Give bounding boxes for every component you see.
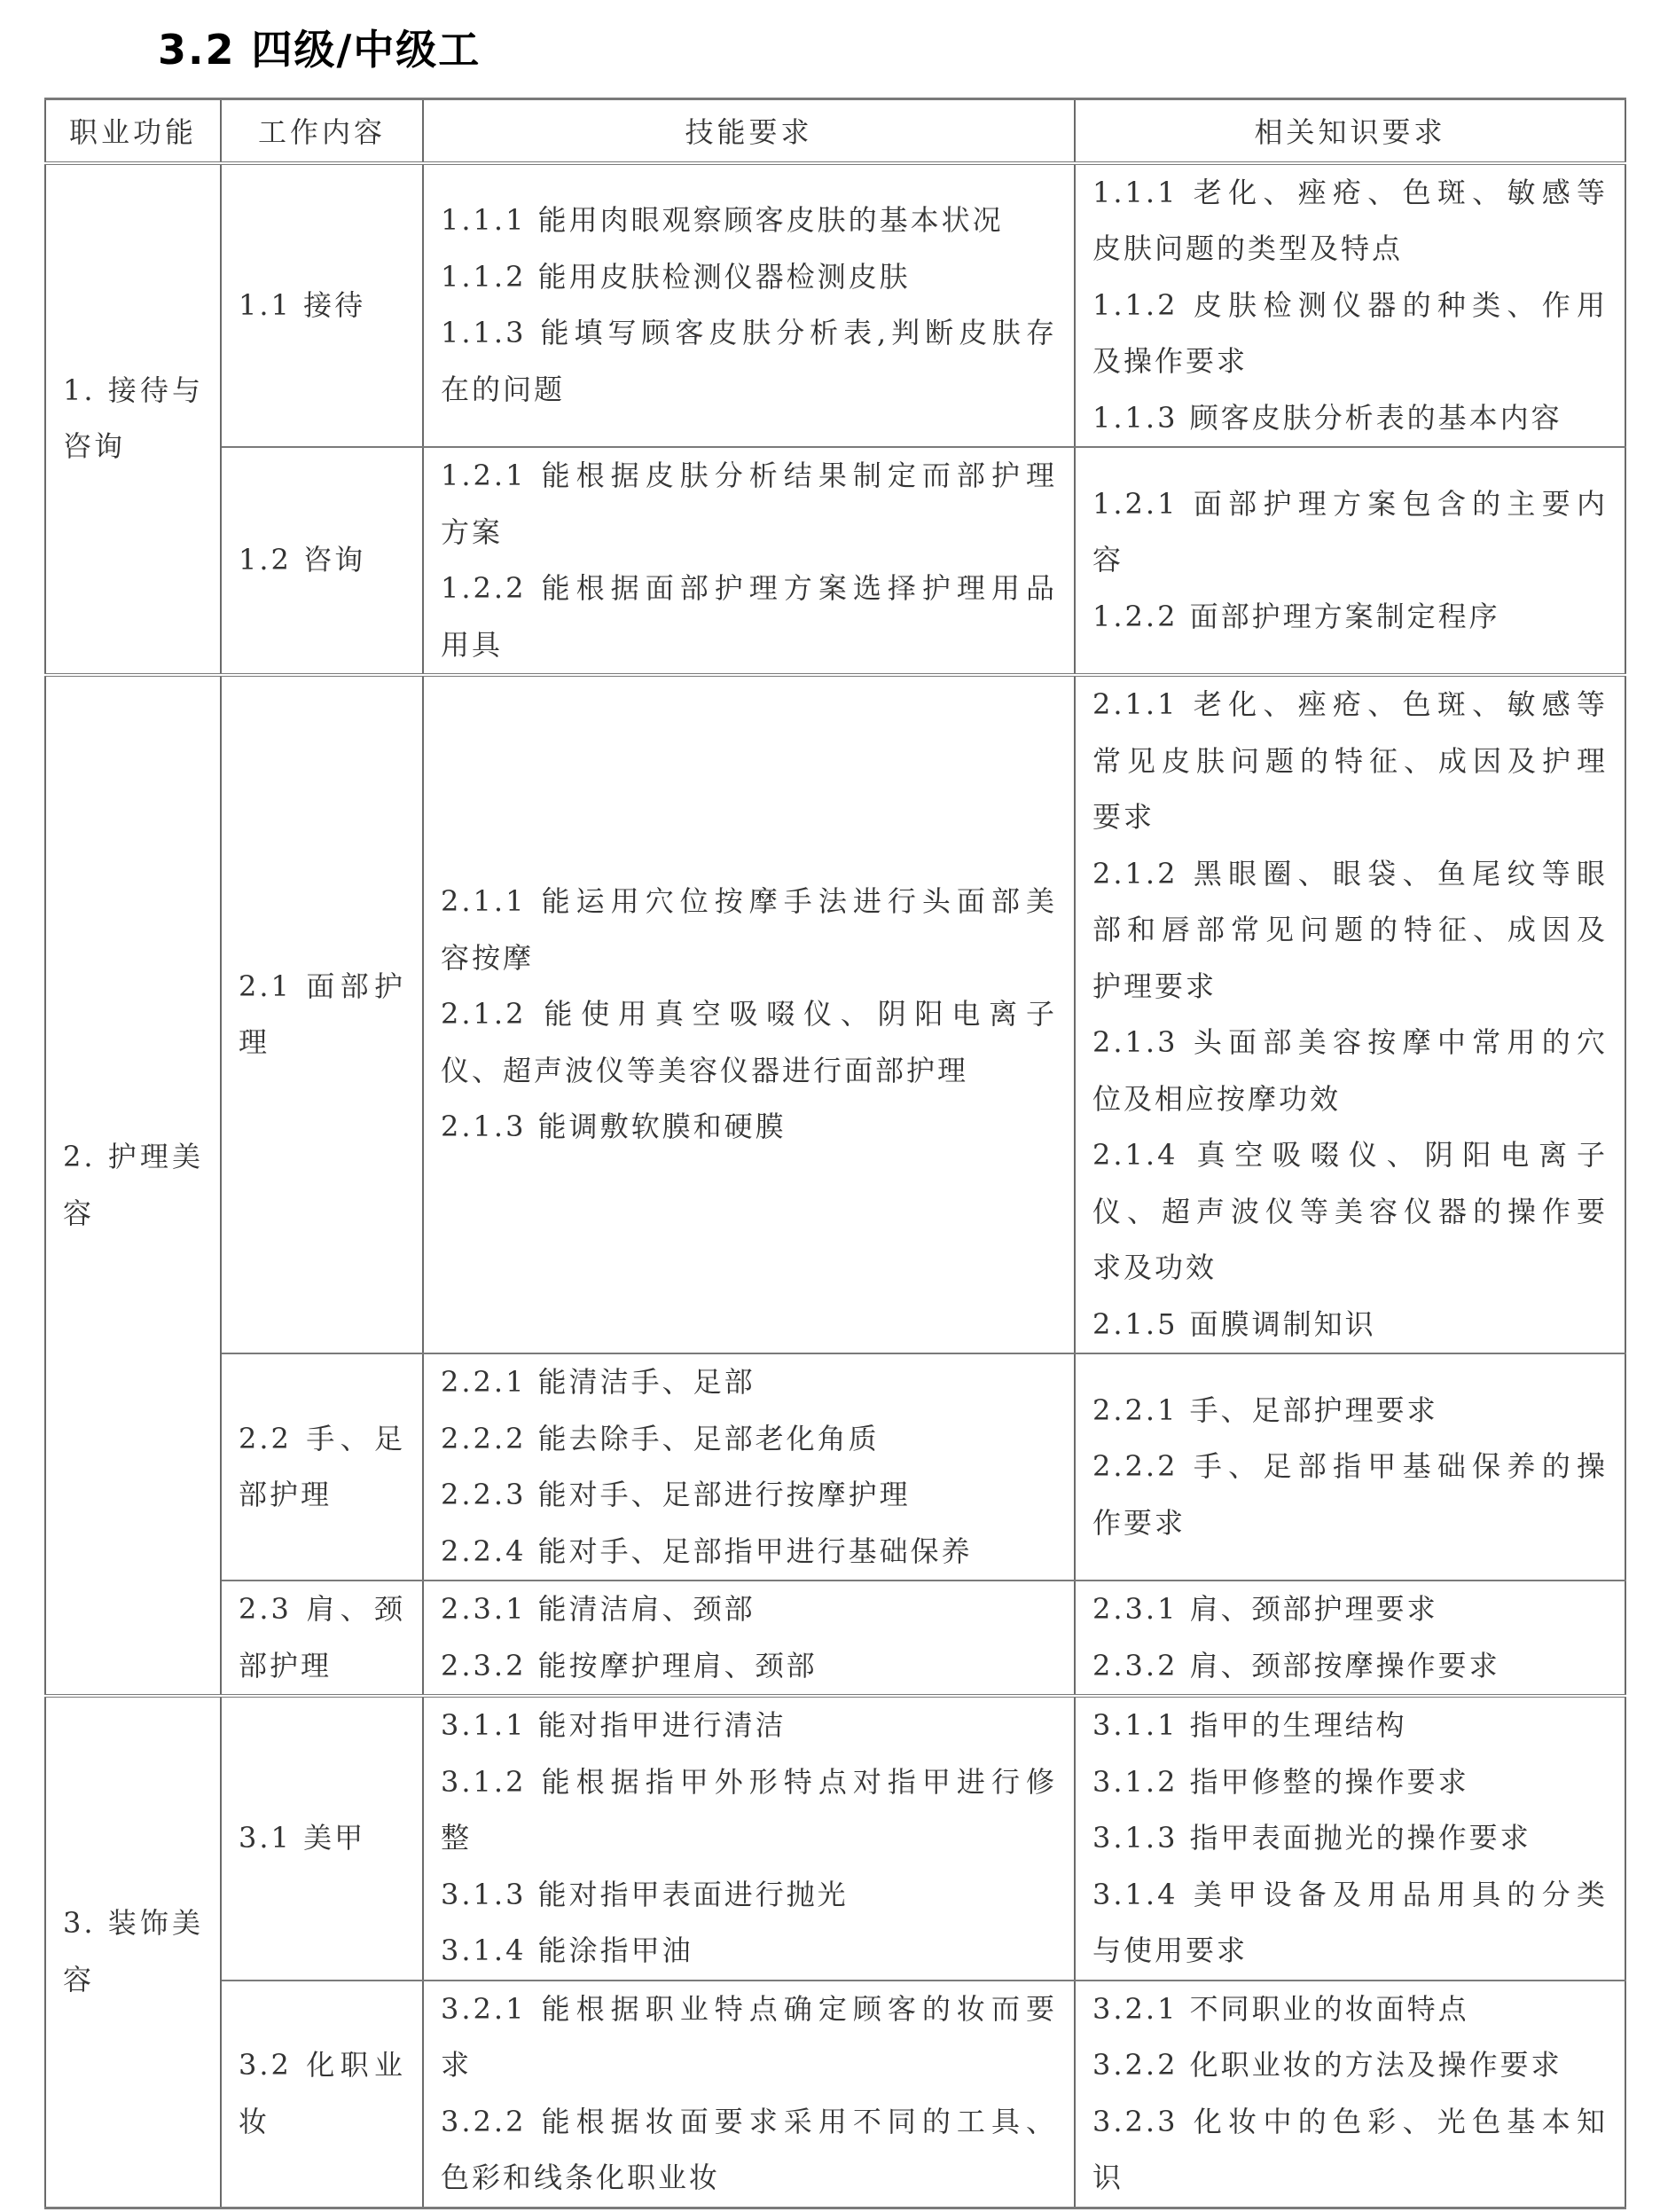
skill-line: 3.1.2 能根据指甲外形特点对指甲进行修 xyxy=(441,1754,1057,1811)
skill-line: 2.3.1 能清洁肩、颈部 xyxy=(441,1581,1057,1638)
knowledge-line: 2.1.3 头面部美容按摩中常用的穴 xyxy=(1092,1015,1608,1071)
function-cell: 1. 接待与 咨询 xyxy=(45,163,221,676)
knowledge-line: 1.1.1 老化、痤疮、色斑、敏感等 xyxy=(1092,165,1608,222)
table-row: 2. 护理美 容 2.1 面部护 理 2.1.1 能运用穴位按摩手法进行头面部美… xyxy=(45,675,1625,1353)
knowledge-cell: 1.1.1 老化、痤疮、色斑、敏感等 皮肤问题的类型及特点 1.1.2 皮肤检测… xyxy=(1075,163,1625,448)
skill-line: 2.3.2 能按摩护理肩、颈部 xyxy=(441,1638,1057,1695)
knowledge-line: 作要求 xyxy=(1092,1495,1608,1552)
skills-cell: 1.1.1 能用肉眼观察顾客皮肤的基本状况 1.1.2 能用皮肤检测仪器检测皮肤… xyxy=(423,163,1075,448)
knowledge-cell: 3.1.1 指甲的生理结构 3.1.2 指甲修整的操作要求 3.1.3 指甲表面… xyxy=(1075,1696,1625,1981)
skill-item: 3.1.2 能根据指甲外形特点对指甲进行修 整 xyxy=(441,1754,1057,1867)
work-content-cell: 1.1 接待 xyxy=(221,163,423,448)
work-content-line: 理 xyxy=(239,1015,405,1071)
work-content-line: 部护理 xyxy=(239,1467,405,1524)
skill-item: 1.1.3 能填写顾客皮肤分析表,判断皮肤存 在的问题 xyxy=(441,305,1057,418)
skill-line: 1.2.2 能根据面部护理方案选择护理用品 xyxy=(441,561,1057,617)
knowledge-line: 容 xyxy=(1092,532,1608,589)
knowledge-cell: 2.1.1 老化、痤疮、色斑、敏感等 常见皮肤问题的特征、成因及护理 要求 2.… xyxy=(1075,675,1625,1353)
table-row: 2.3 肩、颈 部护理 2.3.1 能清洁肩、颈部 2.3.2 能按摩护理肩、颈… xyxy=(45,1581,1625,1696)
skill-line: 1.1.3 能填写顾客皮肤分析表,判断皮肤存 xyxy=(441,305,1057,362)
skill-line: 3.2.2 能根据妆面要求采用不同的工具、 xyxy=(441,2094,1057,2151)
knowledge-line: 2.1.5 面膜调制知识 xyxy=(1092,1297,1608,1353)
skill-item: 1.2.1 能根据皮肤分析结果制定而部护理 方案 xyxy=(441,448,1057,561)
skill-item: 1.2.2 能根据面部护理方案选择护理用品 用具 xyxy=(441,561,1057,673)
knowledge-line: 识 xyxy=(1092,2150,1608,2207)
knowledge-line: 皮肤问题的类型及特点 xyxy=(1092,221,1608,278)
function-label-line: 1. 接待与 xyxy=(63,363,203,420)
skill-item: 3.2.2 能根据妆面要求采用不同的工具、 色彩和线条化职业妆 xyxy=(441,2094,1057,2207)
knowledge-item: 2.1.2 黑眼圈、眼袋、鱼尾纹等眼 部和唇部常见问题的特征、成因及 护理要求 xyxy=(1092,846,1608,1016)
knowledge-line: 1.1.2 皮肤检测仪器的种类、作用 xyxy=(1092,278,1608,334)
knowledge-cell: 2.2.1 手、足部护理要求 2.2.2 手、足部指甲基础保养的操 作要求 xyxy=(1075,1353,1625,1581)
skill-line: 1.2.1 能根据皮肤分析结果制定而部护理 xyxy=(441,448,1057,505)
knowledge-item: 2.3.2 肩、颈部按摩操作要求 xyxy=(1092,1638,1608,1695)
knowledge-item: 2.1.5 面膜调制知识 xyxy=(1092,1297,1608,1353)
table-row: 1. 接待与 咨询 1.1 接待 1.1.1 能用肉眼观察顾客皮肤的基本状况 1… xyxy=(45,163,1625,448)
knowledge-item: 3.2.1 不同职业的妆面特点 xyxy=(1092,1981,1608,2038)
skill-line: 方案 xyxy=(441,505,1057,561)
skills-cell: 2.1.1 能运用穴位按摩手法进行头面部美 容按摩 2.1.2 能使用真空吸啜仪… xyxy=(423,675,1075,1353)
function-cell: 2. 护理美 容 xyxy=(45,675,221,1696)
skill-line: 仪、超声波仪等美容仪器进行面部护理 xyxy=(441,1043,1057,1100)
skills-cell: 2.2.1 能清洁手、足部 2.2.2 能去除手、足部老化角质 2.2.3 能对… xyxy=(423,1353,1075,1581)
knowledge-line: 部和唇部常见问题的特征、成因及 xyxy=(1092,902,1608,959)
function-label-line: 3. 装饰美 xyxy=(63,1895,203,1952)
knowledge-item: 1.1.1 老化、痤疮、色斑、敏感等 皮肤问题的类型及特点 xyxy=(1092,165,1608,278)
skills-cell: 1.2.1 能根据皮肤分析结果制定而部护理 方案 1.2.2 能根据面部护理方案… xyxy=(423,447,1075,675)
skill-line: 1.1.1 能用肉眼观察顾客皮肤的基本状况 xyxy=(441,192,1057,249)
skill-requirements-table: 职业功能 工作内容 技能要求 相关知识要求 1. 接待与 咨询 1.1 接待 1… xyxy=(44,98,1626,2209)
knowledge-cell: 1.2.1 面部护理方案包含的主要内 容 1.2.2 面部护理方案制定程序 xyxy=(1075,447,1625,675)
skill-line: 1.1.2 能用皮肤检测仪器检测皮肤 xyxy=(441,249,1057,306)
skill-line: 2.1.2 能使用真空吸啜仪、阴阳电离子 xyxy=(441,986,1057,1043)
function-label-line: 容 xyxy=(63,1186,203,1243)
knowledge-item: 2.1.4 真空吸啜仪、阴阳电离子 仪、超声波仪等美容仪器的操作要 求及功效 xyxy=(1092,1127,1608,1297)
skill-line: 整 xyxy=(441,1810,1057,1867)
knowledge-line: 2.2.2 手、足部指甲基础保养的操 xyxy=(1092,1439,1608,1495)
knowledge-line: 2.2.1 手、足部护理要求 xyxy=(1092,1383,1608,1439)
skill-line: 色彩和线条化职业妆 xyxy=(441,2150,1057,2207)
skill-item: 1.1.2 能用皮肤检测仪器检测皮肤 xyxy=(441,249,1057,306)
work-content-cell: 2.1 面部护 理 xyxy=(221,675,423,1353)
work-content-line: 2.1 面部护 xyxy=(239,959,405,1016)
knowledge-line: 1.2.1 面部护理方案包含的主要内 xyxy=(1092,476,1608,533)
skill-line: 3.1.1 能对指甲进行清洁 xyxy=(441,1698,1057,1754)
skill-line: 用具 xyxy=(441,617,1057,674)
knowledge-item: 3.1.3 指甲表面抛光的操作要求 xyxy=(1092,1810,1608,1867)
work-content-line: 1.1 接待 xyxy=(239,278,405,334)
knowledge-line: 仪、超声波仪等美容仪器的操作要 xyxy=(1092,1184,1608,1241)
work-content-cell: 2.3 肩、颈 部护理 xyxy=(221,1581,423,1696)
work-content-line: 部护理 xyxy=(239,1638,405,1695)
skill-line: 2.1.1 能运用穴位按摩手法进行头面部美 xyxy=(441,874,1057,930)
knowledge-line: 要求 xyxy=(1092,789,1608,846)
skills-cell: 3.2.1 能根据职业特点确定顾客的妆而要 求 3.2.2 能根据妆面要求采用不… xyxy=(423,1981,1075,2208)
table-row: 3.2 化职业 妆 3.2.1 能根据职业特点确定顾客的妆而要 求 3.2.2 … xyxy=(45,1981,1625,2208)
function-label-line: 2. 护理美 xyxy=(63,1129,203,1186)
knowledge-line: 位及相应按摩功效 xyxy=(1092,1071,1608,1128)
skill-item: 3.1.4 能涂指甲油 xyxy=(441,1923,1057,1980)
skill-item: 2.3.2 能按摩护理肩、颈部 xyxy=(441,1638,1057,1695)
skill-item: 3.1.3 能对指甲表面进行抛光 xyxy=(441,1867,1057,1924)
knowledge-item: 1.1.3 顾客皮肤分析表的基本内容 xyxy=(1092,390,1608,447)
knowledge-item: 3.1.4 美甲设备及用品用具的分类 与使用要求 xyxy=(1092,1867,1608,1980)
skill-item: 2.1.3 能调敷软膜和硬膜 xyxy=(441,1099,1057,1156)
knowledge-item: 2.3.1 肩、颈部护理要求 xyxy=(1092,1581,1608,1638)
skill-line: 2.2.3 能对手、足部进行按摩护理 xyxy=(441,1467,1057,1524)
skill-item: 1.1.1 能用肉眼观察顾客皮肤的基本状况 xyxy=(441,192,1057,249)
table-row: 3. 装饰美 容 3.1 美甲 3.1.1 能对指甲进行清洁 3.1.2 能根据… xyxy=(45,1696,1625,1981)
skill-line: 2.2.2 能去除手、足部老化角质 xyxy=(441,1411,1057,1468)
knowledge-line: 3.1.4 美甲设备及用品用具的分类 xyxy=(1092,1867,1608,1924)
header-related-knowledge: 相关知识要求 xyxy=(1075,99,1625,163)
skill-item: 2.2.4 能对手、足部指甲进行基础保养 xyxy=(441,1524,1057,1581)
knowledge-item: 2.1.3 头面部美容按摩中常用的穴 位及相应按摩功效 xyxy=(1092,1015,1608,1127)
skill-item: 2.1.2 能使用真空吸啜仪、阴阳电离子 仪、超声波仪等美容仪器进行面部护理 xyxy=(441,986,1057,1099)
work-content-cell: 2.2 手、足 部护理 xyxy=(221,1353,423,1581)
skill-line: 2.2.1 能清洁手、足部 xyxy=(441,1354,1057,1411)
work-content-line: 3.2 化职业 xyxy=(239,2037,405,2094)
skill-item: 2.3.1 能清洁肩、颈部 xyxy=(441,1581,1057,1638)
knowledge-cell: 3.2.1 不同职业的妆面特点 3.2.2 化职业妆的方法及操作要求 3.2.3… xyxy=(1075,1981,1625,2208)
work-content-line: 3.1 美甲 xyxy=(239,1810,405,1867)
header-occupational-function: 职业功能 xyxy=(45,99,221,163)
skill-line: 容按摩 xyxy=(441,930,1057,987)
knowledge-item: 3.2.3 化妆中的色彩、光色基本知 识 xyxy=(1092,2094,1608,2207)
knowledge-line: 2.1.2 黑眼圈、眼袋、鱼尾纹等眼 xyxy=(1092,846,1608,903)
table-row: 1.2 咨询 1.2.1 能根据皮肤分析结果制定而部护理 方案 1.2.2 能根… xyxy=(45,447,1625,675)
page-title: 3.2 四级/中级工 xyxy=(158,27,481,73)
skill-line: 2.1.3 能调敷软膜和硬膜 xyxy=(441,1099,1057,1156)
knowledge-line: 与使用要求 xyxy=(1092,1923,1608,1980)
knowledge-line: 3.1.2 指甲修整的操作要求 xyxy=(1092,1754,1608,1811)
work-content-line: 2.2 手、足 xyxy=(239,1411,405,1468)
knowledge-item: 3.2.2 化职业妆的方法及操作要求 xyxy=(1092,2037,1608,2094)
knowledge-item: 1.2.1 面部护理方案包含的主要内 容 xyxy=(1092,476,1608,589)
knowledge-line: 及操作要求 xyxy=(1092,333,1608,390)
knowledge-line: 2.3.2 肩、颈部按摩操作要求 xyxy=(1092,1638,1608,1695)
skill-line: 在的问题 xyxy=(441,362,1057,419)
knowledge-line: 1.1.3 顾客皮肤分析表的基本内容 xyxy=(1092,390,1608,447)
skill-item: 2.1.1 能运用穴位按摩手法进行头面部美 容按摩 xyxy=(441,874,1057,986)
knowledge-line: 3.2.1 不同职业的妆面特点 xyxy=(1092,1981,1608,2038)
table-row: 2.2 手、足 部护理 2.2.1 能清洁手、足部 2.2.2 能去除手、足部老… xyxy=(45,1353,1625,1581)
skill-line: 2.2.4 能对手、足部指甲进行基础保养 xyxy=(441,1524,1057,1581)
knowledge-line: 3.2.3 化妆中的色彩、光色基本知 xyxy=(1092,2094,1608,2151)
knowledge-item: 2.2.1 手、足部护理要求 xyxy=(1092,1383,1608,1439)
knowledge-line: 2.3.1 肩、颈部护理要求 xyxy=(1092,1581,1608,1638)
knowledge-line: 护理要求 xyxy=(1092,959,1608,1016)
work-content-line: 妆 xyxy=(239,2094,405,2151)
table-header-row: 职业功能 工作内容 技能要求 相关知识要求 xyxy=(45,99,1625,163)
skill-item: 2.2.1 能清洁手、足部 xyxy=(441,1354,1057,1411)
knowledge-item: 2.2.2 手、足部指甲基础保养的操 作要求 xyxy=(1092,1439,1608,1551)
skill-item: 3.2.1 能根据职业特点确定顾客的妆而要 求 xyxy=(441,1981,1057,2094)
knowledge-cell: 2.3.1 肩、颈部护理要求 2.3.2 肩、颈部按摩操作要求 xyxy=(1075,1581,1625,1696)
skill-line: 3.1.3 能对指甲表面进行抛光 xyxy=(441,1867,1057,1924)
knowledge-line: 求及功效 xyxy=(1092,1240,1608,1297)
knowledge-line: 3.1.1 指甲的生理结构 xyxy=(1092,1698,1608,1754)
skill-line: 3.2.1 能根据职业特点确定顾客的妆而要 xyxy=(441,1981,1057,2038)
knowledge-item: 1.2.2 面部护理方案制定程序 xyxy=(1092,589,1608,646)
knowledge-line: 3.1.3 指甲表面抛光的操作要求 xyxy=(1092,1810,1608,1867)
skills-cell: 3.1.1 能对指甲进行清洁 3.1.2 能根据指甲外形特点对指甲进行修 整 3… xyxy=(423,1696,1075,1981)
function-cell: 3. 装饰美 容 xyxy=(45,1696,221,2208)
skill-line: 求 xyxy=(441,2037,1057,2094)
knowledge-line: 1.2.2 面部护理方案制定程序 xyxy=(1092,589,1608,646)
work-content-line: 2.3 肩、颈 xyxy=(239,1581,405,1638)
work-content-line: 1.2 咨询 xyxy=(239,532,405,589)
knowledge-line: 常见皮肤问题的特征、成因及护理 xyxy=(1092,733,1608,790)
knowledge-item: 3.1.2 指甲修整的操作要求 xyxy=(1092,1754,1608,1811)
knowledge-item: 2.1.1 老化、痤疮、色斑、敏感等 常见皮肤问题的特征、成因及护理 要求 xyxy=(1092,677,1608,846)
skills-cell: 2.3.1 能清洁肩、颈部 2.3.2 能按摩护理肩、颈部 xyxy=(423,1581,1075,1696)
knowledge-line: 2.1.4 真空吸啜仪、阴阳电离子 xyxy=(1092,1127,1608,1184)
function-label-line: 容 xyxy=(63,1952,203,2009)
knowledge-item: 1.1.2 皮肤检测仪器的种类、作用 及操作要求 xyxy=(1092,278,1608,390)
skill-item: 2.2.3 能对手、足部进行按摩护理 xyxy=(441,1467,1057,1524)
work-content-cell: 3.2 化职业 妆 xyxy=(221,1981,423,2208)
function-label-line: 咨询 xyxy=(63,419,203,475)
work-content-cell: 1.2 咨询 xyxy=(221,447,423,675)
knowledge-line: 2.1.1 老化、痤疮、色斑、敏感等 xyxy=(1092,677,1608,733)
header-skill-requirements: 技能要求 xyxy=(423,99,1075,163)
work-content-cell: 3.1 美甲 xyxy=(221,1696,423,1981)
knowledge-item: 3.1.1 指甲的生理结构 xyxy=(1092,1698,1608,1754)
skill-item: 3.1.1 能对指甲进行清洁 xyxy=(441,1698,1057,1754)
skill-item: 2.2.2 能去除手、足部老化角质 xyxy=(441,1411,1057,1468)
skill-line: 3.1.4 能涂指甲油 xyxy=(441,1923,1057,1980)
header-work-content: 工作内容 xyxy=(221,99,423,163)
knowledge-line: 3.2.2 化职业妆的方法及操作要求 xyxy=(1092,2037,1608,2094)
